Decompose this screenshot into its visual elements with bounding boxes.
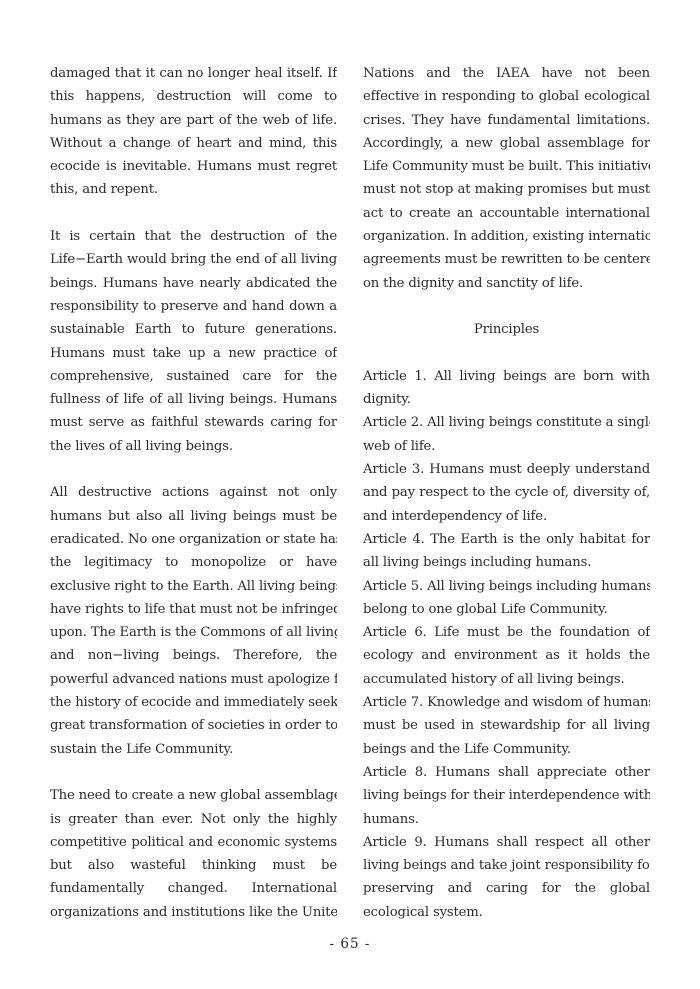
text-line: It is certain that the destruction of th…	[50, 225, 337, 248]
text-line: organizations and institutions like the …	[50, 901, 337, 924]
text-line: the history of ecocide and immediately s…	[50, 691, 337, 714]
text-line: humans.	[363, 808, 650, 831]
text-line: Without a change of heart and mind, this	[50, 132, 337, 155]
text-line: comprehensive, sustained care for the	[50, 365, 337, 388]
text-line: exclusive right to the Earth. All living…	[50, 575, 337, 598]
text-line: and non−living beings. Therefore, the	[50, 644, 337, 667]
text-line: competitive political and economic syste…	[50, 831, 337, 854]
text-line: fundamentally changed. International	[50, 877, 337, 900]
paragraph-spacer	[50, 761, 337, 784]
text-line: Article 6. Life must be the foundation o…	[363, 621, 650, 644]
page-number: - 65 -	[0, 936, 700, 952]
text-line: web of life.	[363, 435, 650, 458]
left-column: damaged that it can no longer heal itsel…	[50, 62, 337, 924]
text-line: ecological system.	[363, 901, 650, 924]
text-line: ecocide is inevitable. Humans must regre…	[50, 155, 337, 178]
paragraph-spacer	[50, 202, 337, 225]
text-line: Article 9. Humans shall respect all othe…	[363, 831, 650, 854]
text-line: must be used in stewardship for all livi…	[363, 714, 650, 737]
text-line: ecology and environment as it holds the	[363, 644, 650, 667]
article-6: Article 6. Life must be the foundation o…	[363, 621, 650, 691]
text-line: must serve as faithful stewards caring f…	[50, 411, 337, 434]
text-line: this, and repent.	[50, 178, 337, 201]
text-line: preserving and caring for the global	[363, 877, 650, 900]
paragraph-spacer	[50, 458, 337, 481]
article-list: Article 1. All living beings are born wi…	[363, 365, 650, 924]
text-line: beings. Humans have nearly abdicated the	[50, 272, 337, 295]
paragraph-destructive-actions: All destructive actions against not only…	[50, 481, 337, 761]
text-line: Article 2. All living beings constitute …	[363, 411, 650, 434]
text-line: organization. In addition, existing inte…	[363, 225, 650, 248]
text-line: beings and the Life Community.	[363, 738, 650, 761]
article-1: Article 1. All living beings are born wi…	[363, 365, 650, 412]
text-line: dignity.	[363, 388, 650, 411]
text-line: but also wasteful thinking must be	[50, 854, 337, 877]
article-8: Article 8. Humans shall appreciate other…	[363, 761, 650, 831]
article-7: Article 7. Knowledge and wisdom of human…	[363, 691, 650, 761]
paragraph-life-earth: It is certain that the destruction of th…	[50, 225, 337, 458]
text-line: Accordingly, a new global assemblage for	[363, 132, 650, 155]
text-line: accumulated history of all living beings…	[363, 668, 650, 691]
text-line: agreements must be rewritten to be cente…	[363, 248, 650, 271]
paragraph-international-organizations: Nations and the IAEA have not been effec…	[363, 62, 650, 295]
text-line: belong to one global Life Community.	[363, 598, 650, 621]
text-line: all living beings including humans.	[363, 551, 650, 574]
text-line: humans as they are part of the web of li…	[50, 109, 337, 132]
text-line: fullness of life of all living beings. H…	[50, 388, 337, 411]
text-line: effective in responding to global ecolog…	[363, 85, 650, 108]
text-line: sustainable Earth to future generations.	[50, 318, 337, 341]
text-line: upon. The Earth is the Commons of all li…	[50, 621, 337, 644]
text-line: Article 7. Knowledge and wisdom of human…	[363, 691, 650, 714]
text-line: is greater than ever. Not only the highl…	[50, 808, 337, 831]
text-line: eradicated. No one organization or state…	[50, 528, 337, 551]
text-line: The need to create a new global assembla…	[50, 784, 337, 807]
text-line: humans but also all living beings must b…	[50, 505, 337, 528]
right-column: Nations and the IAEA have not been effec…	[363, 62, 650, 924]
text-line: Life Community must be built. This initi…	[363, 155, 650, 178]
text-line: and pay respect to the cycle of, diversi…	[363, 481, 650, 504]
article-5: Article 5. All living beings including h…	[363, 575, 650, 622]
text-line: powerful advanced nations must apologize…	[50, 668, 337, 691]
text-line: on the dignity and sanctity of life.	[363, 272, 650, 295]
text-line: Nations and the IAEA have not been	[363, 62, 650, 85]
paragraph-global-assemblage: The need to create a new global assembla…	[50, 784, 337, 924]
article-9: Article 9. Humans shall respect all othe…	[363, 831, 650, 924]
text-line: great transformation of societies in ord…	[50, 714, 337, 737]
text-line: Life−Earth would bring the end of all li…	[50, 248, 337, 271]
text-line: act to create an accountable internation…	[363, 202, 650, 225]
text-line: and interdependency of life.	[363, 505, 650, 528]
text-line: crises. They have fundamental limitation…	[363, 109, 650, 132]
text-line: damaged that it can no longer heal itsel…	[50, 62, 337, 85]
text-line: living beings for their interdependence …	[363, 784, 650, 807]
text-line: Humans must take up a new practice of	[50, 342, 337, 365]
text-line: living beings and take joint responsibil…	[363, 854, 650, 877]
paragraph-spacer	[363, 295, 650, 318]
text-line: Article 3. Humans must deeply understand	[363, 458, 650, 481]
text-line: Article 8. Humans shall appreciate other	[363, 761, 650, 784]
text-line: Article 5. All living beings including h…	[363, 575, 650, 598]
article-2: Article 2. All living beings constitute …	[363, 411, 650, 458]
paragraph-spacer	[363, 342, 650, 365]
text-line: this happens, destruction will come to	[50, 85, 337, 108]
text-line: the lives of all living beings.	[50, 435, 337, 458]
text-line: have rights to life that must not be inf…	[50, 598, 337, 621]
article-3: Article 3. Humans must deeply understand…	[363, 458, 650, 528]
paragraph-ecocide-repent: damaged that it can no longer heal itsel…	[50, 62, 337, 202]
text-line: must not stop at making promises but mus…	[363, 178, 650, 201]
section-heading-principles: Principles	[363, 318, 650, 341]
text-line: responsibility to preserve and hand down…	[50, 295, 337, 318]
text-line: the legitimacy to monopolize or have	[50, 551, 337, 574]
text-line: Article 1. All living beings are born wi…	[363, 365, 650, 388]
text-line: sustain the Life Community.	[50, 738, 337, 761]
article-4: Article 4. The Earth is the only habitat…	[363, 528, 650, 575]
text-line: Article 4. The Earth is the only habitat…	[363, 528, 650, 551]
text-line: All destructive actions against not only	[50, 481, 337, 504]
